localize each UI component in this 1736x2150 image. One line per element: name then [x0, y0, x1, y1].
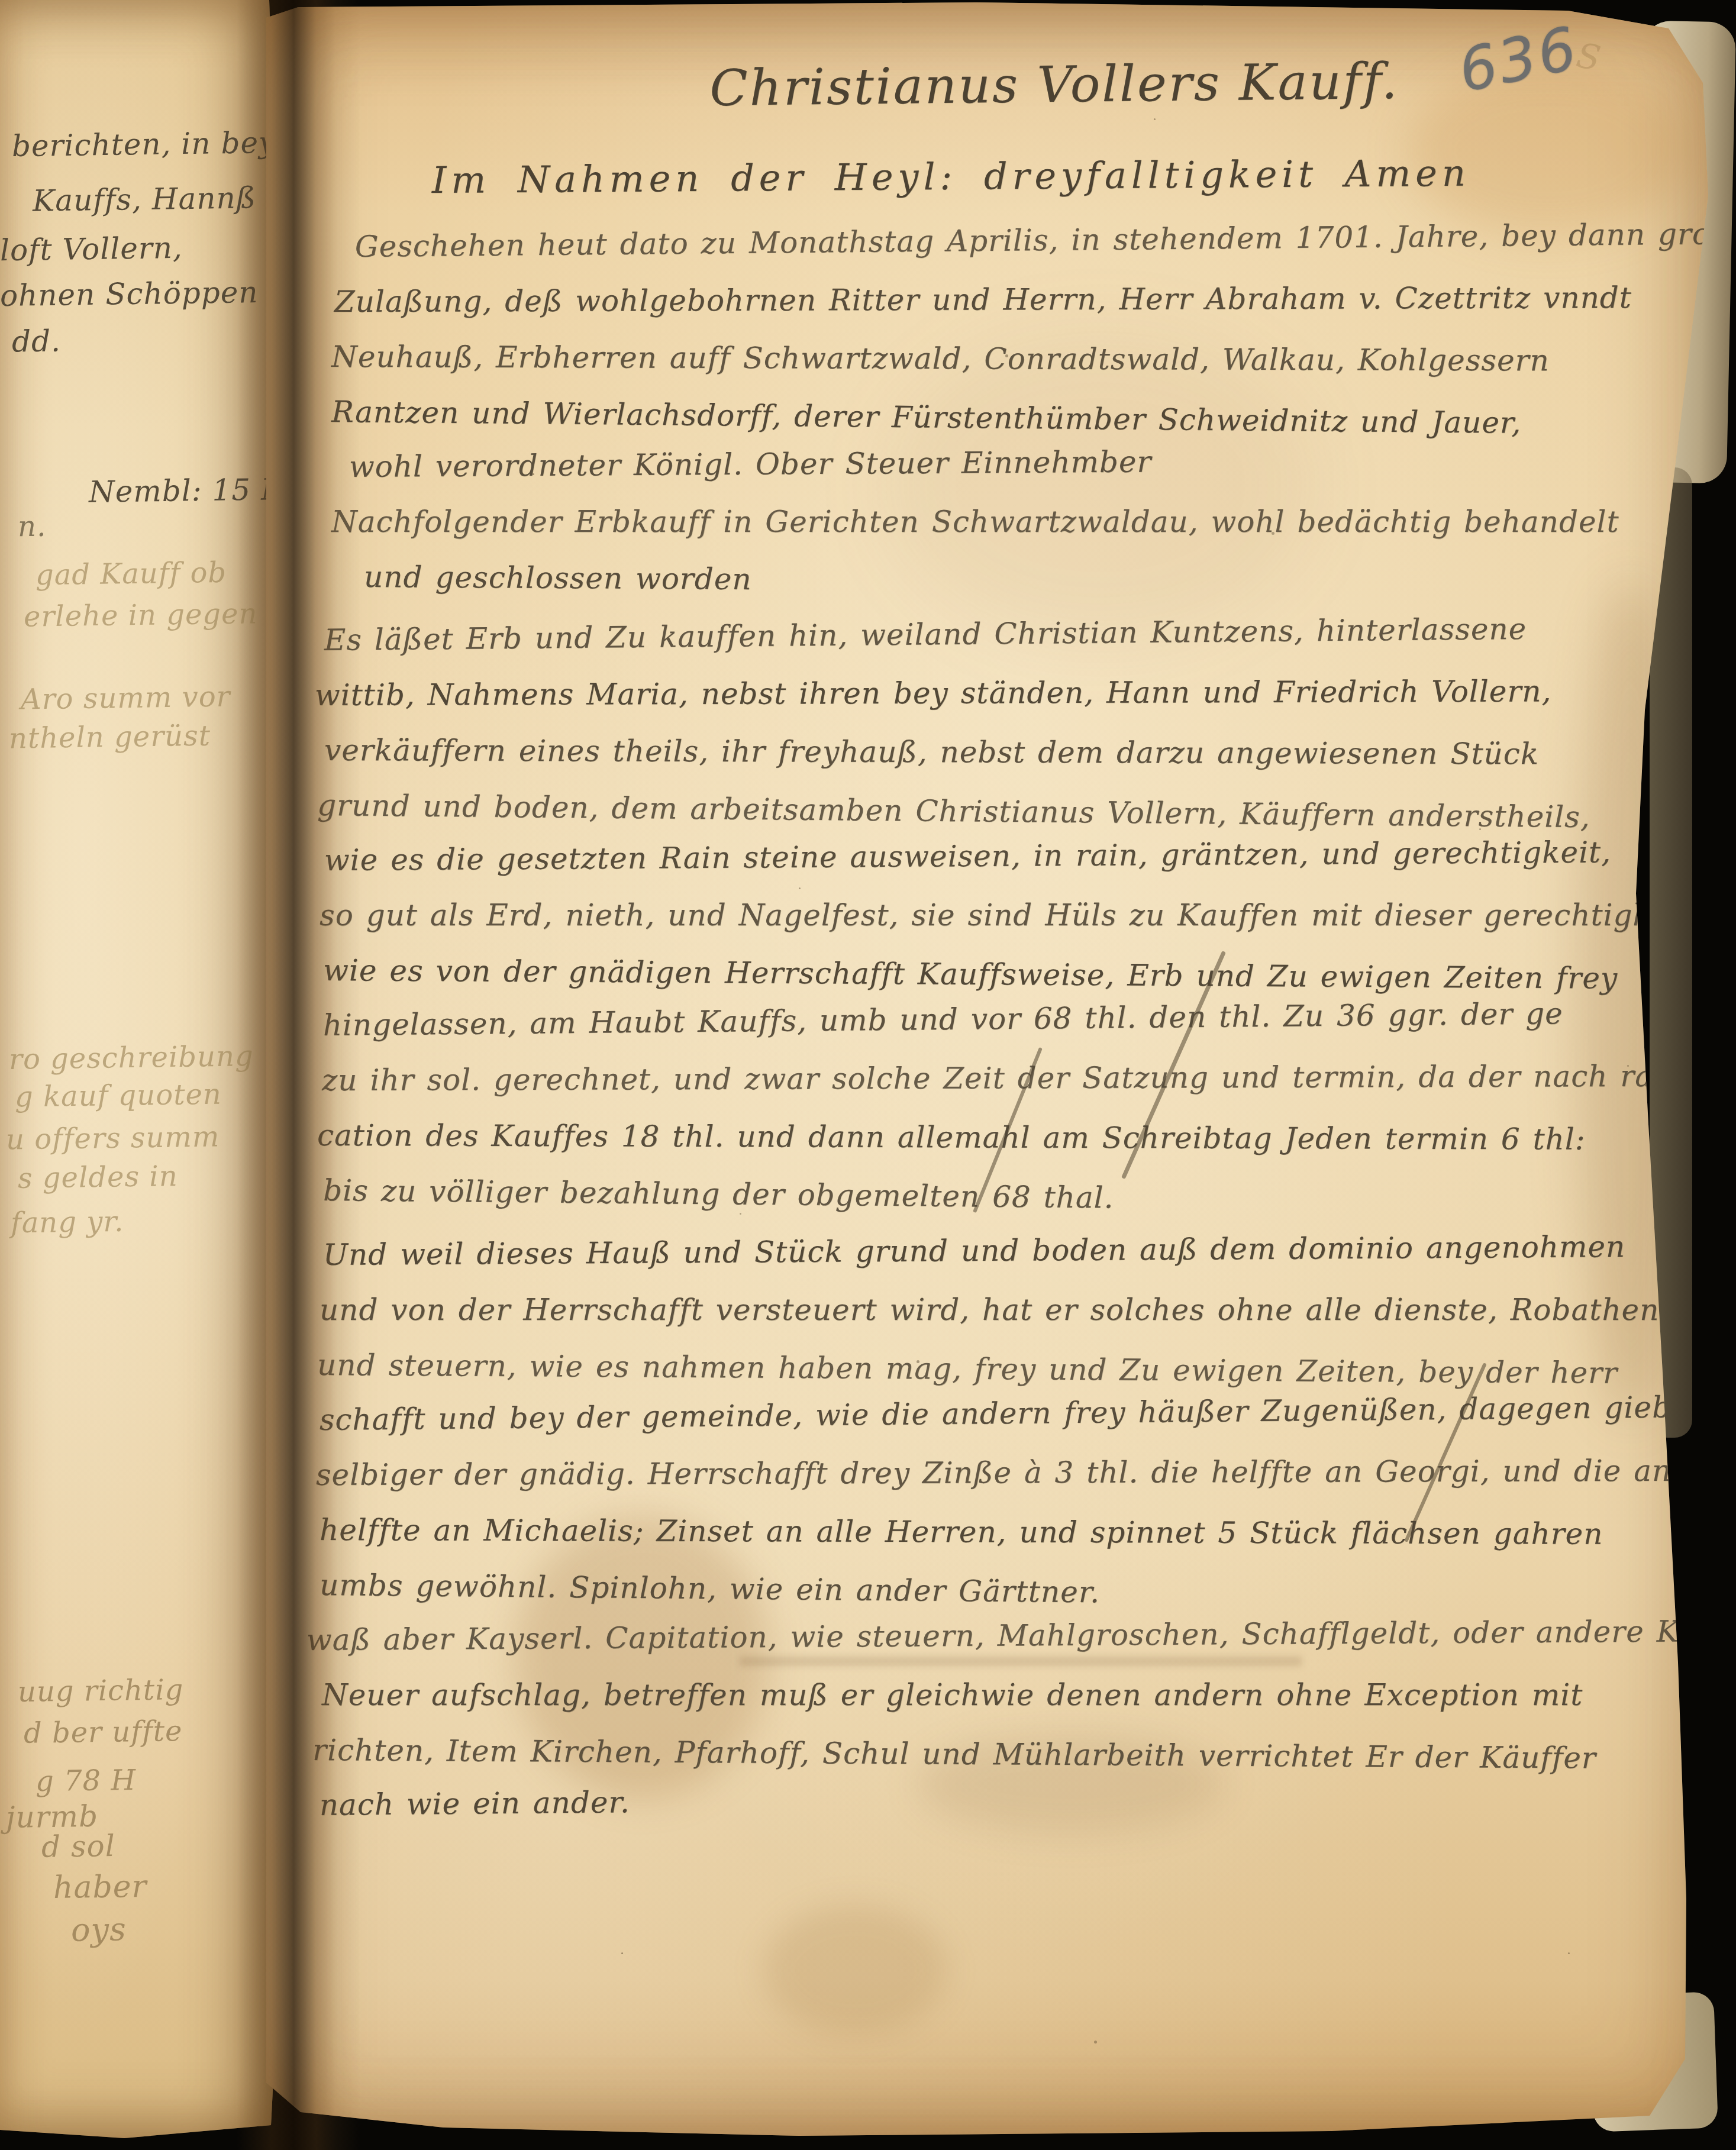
left-page-text-fragment: berichten, in bey [12, 125, 276, 163]
paper-crease [740, 1657, 1302, 1666]
left-page-text-fragment: ntheln gerüst [9, 719, 211, 756]
manuscript-line: wie es die gesetzten Rain steine ausweis… [324, 835, 1612, 877]
left-page-text-fragment: ohnen Schöppen [0, 275, 259, 313]
left-page-text-fragment: loft Vollern, [0, 231, 183, 267]
left-page-text-fragment: oys [71, 1910, 127, 1948]
manuscript-line: wohl verordneter Königl. Ober Steuer Ein… [349, 444, 1152, 484]
left-page-text-fragment: haber [53, 1869, 147, 1906]
manuscript-line: so gut als Erd, nieth, und Nagelfest, si… [320, 898, 1692, 932]
manuscript-line: cation des Kauffes 18 thl. und dann alle… [317, 1118, 1586, 1157]
entry-title: Christianus Vollers Kauff. [709, 52, 1399, 117]
manuscript-line: grund und boden, dem arbeitsamben Christ… [317, 788, 1590, 834]
left-page-text-fragment: gad Kauff ob [36, 556, 227, 592]
manuscript-line: Und weil dieses Hauß und Stück grund und… [323, 1229, 1626, 1272]
manuscript-page: 636 S Christianus Vollers Kauff. Im Nahm… [266, 0, 1722, 2150]
paper-stain [888, 331, 1314, 639]
manuscript-line: Rantzen und Wierlachsdorff, derer Fürste… [331, 395, 1522, 440]
left-page-text-fragment: ro geschreibung [9, 1040, 254, 1076]
manuscript-scan: berichten, in beyKauffs, Hannßloft Volle… [0, 0, 1736, 2150]
manuscript-line: umbs gewöhnl. Spinlohn, wie ein ander Gä… [320, 1568, 1100, 1609]
left-page-text-fragment: Kauffs, Hannß [33, 180, 257, 218]
left-page-text-fragment: d ber uffte [24, 1715, 183, 1750]
manuscript-line: Neuhauß, Erbherren auff Schwartzwald, Co… [331, 340, 1550, 377]
left-page-text-fragment: n. [18, 510, 47, 544]
manuscript-line: waß aber Kayserl. Capitation, wie steuer… [306, 1613, 1722, 1657]
left-page-text-fragment: uug richtig [18, 1673, 184, 1709]
left-page-text-fragment: erlehe in gegen [24, 597, 258, 634]
left-page-text-fragment: u offers summ [6, 1120, 220, 1156]
manuscript-line: Geschehen heut dato zu Monathstag Aprili… [354, 215, 1722, 264]
manuscript-line: zu ihr sol. gerechnet, und zwar solche Z… [322, 1059, 1698, 1097]
manuscript-line: und geschlossen worden [364, 560, 752, 596]
manuscript-line: hingelassen, am Haubt Kauffs, umb und vo… [322, 996, 1563, 1042]
manuscript-line: richten, Item Kirchen, Pfarhoff, Schul u… [312, 1733, 1596, 1775]
manuscript-line: verkäuffern eines theils, ihr freyhauß, … [324, 733, 1539, 771]
paper-stain [763, 1905, 947, 2035]
left-page-text-fragment: fang yr. [11, 1205, 124, 1240]
manuscript-line: Neuer aufschlag, betreffen muß er gleich… [322, 1678, 1583, 1712]
manuscript-line: helffte an Michaelis; Zinset an alle Her… [320, 1513, 1603, 1551]
manuscript-line: schafft und bey der gemeinde, wie die an… [319, 1390, 1702, 1437]
manuscript-line: Es läßet Erb und Zu kauffen hin, weiland… [324, 612, 1527, 657]
manuscript-line: wie es von der gnädigen Herrschafft Kauf… [323, 953, 1618, 996]
manuscript-line: Zulaßung, deß wohlgebohrnen Ritter und H… [334, 280, 1632, 319]
left-page-text-fragment: Aro summ vor [21, 680, 231, 716]
left-page-text-fragment: d sol [41, 1829, 115, 1864]
manuscript-line: bis zu völliger bezahlung der obgemelten… [323, 1173, 1114, 1215]
manuscript-line: und steuern, wie es nahmen haben mag, fr… [317, 1348, 1618, 1390]
manuscript-line: und von der Herrschafft versteuert wird,… [320, 1293, 1669, 1327]
page-number: 636 [1453, 13, 1585, 106]
manuscript-line: Nachfolgender Erbkauff in Gerichten Schw… [331, 505, 1619, 539]
left-page-text-fragment: g kauf quoten [15, 1078, 222, 1114]
invocation-line: Im Nahmen der Heyl: dreyfalltigkeit Amen [431, 151, 1470, 202]
manuscript-line: nach wie ein ander. [319, 1785, 630, 1822]
left-page-text-fragment: Nembl: 15 Mr: [89, 472, 278, 509]
faint-corner-mark: S [1573, 35, 1603, 79]
previous-page-sliver: berichten, in beyKauffs, Hannßloft Volle… [0, 0, 278, 2150]
left-page-text-fragment: g 78 H [36, 1764, 137, 1798]
left-page-text-fragment: dd. [12, 324, 62, 359]
manuscript-line: selbiger der gnädig. Herrschafft drey Zi… [316, 1453, 1722, 1492]
left-page-text-fragment: s geldes in [18, 1160, 178, 1195]
pen-flourish [1404, 1363, 1487, 1542]
manuscript-line: wittib, Nahmens Maria, nebst ihren bey s… [315, 674, 1552, 712]
